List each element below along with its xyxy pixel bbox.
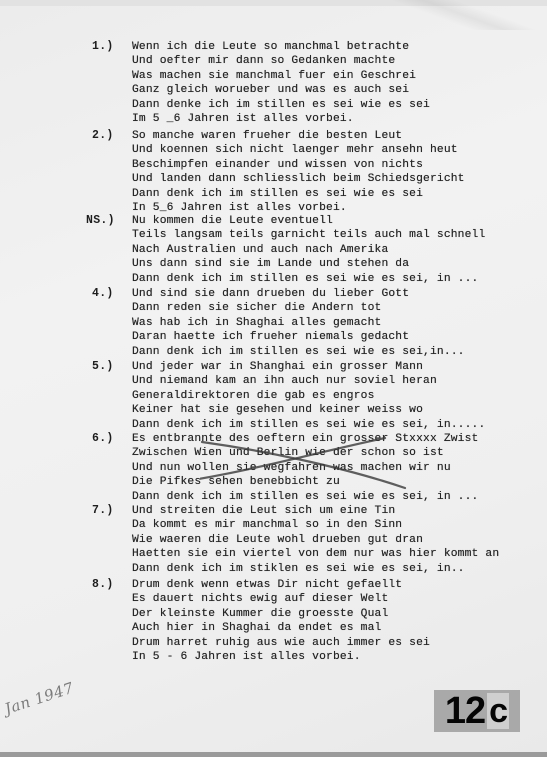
verse-line: Und landen dann schliesslich beim Schied… <box>132 172 465 186</box>
verse-line: Dann denk ich im stillen es sei wie es s… <box>132 272 485 286</box>
verse-line: Daran haette ich frueher niemals gedacht <box>132 330 465 344</box>
verse-line: Dann denk ich im stillen es sei wie es s… <box>132 345 465 359</box>
stanza-6: 6.) Es entbrannte des oeftern ein grosse… <box>92 432 478 504</box>
stanza-lines: Wenn ich die Leute so manchmal betrachte… <box>132 40 430 126</box>
verse-line: Nu kommen die Leute eventuell <box>132 214 485 228</box>
stanza-lines: Und sind sie dann drueben du lieber Gott… <box>132 287 465 359</box>
verse-line: Uns dann sind sie im Lande und stehen da <box>132 257 485 271</box>
verse-line: So manche waren frueher die besten Leut <box>132 129 465 143</box>
stanza-4: 4.) Und sind sie dann drueben du lieber … <box>92 287 465 359</box>
verse-line: Was machen sie manchmal fuer ein Geschre… <box>132 69 430 83</box>
verse-line: Da kommt es mir manchmal so in den Sinn <box>132 518 499 532</box>
verse-line: Generaldirektoren die gab es engros <box>132 389 485 403</box>
verse-line: Beschimpfen einander und wissen von nich… <box>132 158 465 172</box>
verse-line: Und nun wollen sie wegfahren was machen … <box>132 461 478 475</box>
stanza-lines: Und jeder war in Shanghai ein grosser Ma… <box>132 360 485 432</box>
verse-line: Dann reden sie sicher die Andern tot <box>132 301 465 315</box>
archive-label: 12c <box>434 690 520 732</box>
verse-line: Und oefter mir dann so Gedanken machte <box>132 54 430 68</box>
stanza-2: 2.) So manche waren frueher die besten L… <box>92 129 465 215</box>
stanza-number: 5.) <box>92 360 132 432</box>
verse-line: Teils langsam teils garnicht teils auch … <box>132 228 485 242</box>
handwritten-date: Jan 1947 <box>2 679 76 718</box>
verse-line: Auch hier in Shaghai da endet es mal <box>132 621 430 635</box>
stanza-number: 7.) <box>92 504 132 576</box>
verse-line: Was hab ich in Shaghai alles gemacht <box>132 316 465 330</box>
stanza-number: NS.) <box>86 214 132 286</box>
verse-line: Wenn ich die Leute so manchmal betrachte <box>132 40 430 54</box>
verse-line: Dann denk ich im stiklen es sei wie es s… <box>132 562 499 576</box>
stanza-lines: Es entbrannte des oeftern ein grosser St… <box>132 432 478 504</box>
verse-line: Dann denke ich im stillen es sei wie es … <box>132 98 430 112</box>
stanza-5: 5.) Und jeder war in Shanghai ein grosse… <box>92 360 485 432</box>
stanza-7: 7.) Und streiten die Leut sich um eine T… <box>92 504 499 576</box>
stanza-1: 1.) Wenn ich die Leute so manchmal betra… <box>92 40 430 126</box>
stanza-number: 4.) <box>92 287 132 359</box>
verse-line: Dann denk ich im stillen es sei wie es s… <box>132 418 485 432</box>
verse-line: Im 5 _6 Jahren ist alles vorbei. <box>132 112 430 126</box>
stanza-lines: So manche waren frueher die besten Leut … <box>132 129 465 215</box>
verse-line: Und jeder war in Shanghai ein grosser Ma… <box>132 360 485 374</box>
stanza-lines: Nu kommen die Leute eventuell Teils lang… <box>132 214 485 286</box>
verse-line: In 5 - 6 Jahren ist alles vorbei. <box>132 650 430 664</box>
stanza-lines: Und streiten die Leut sich um eine Tin D… <box>132 504 499 576</box>
verse-line: Zwischen Wien und Berlin wie der schon s… <box>132 446 478 460</box>
verse-line: Es entbrannte des oeftern ein grosser St… <box>132 432 478 446</box>
page-bottom-edge <box>0 752 547 757</box>
verse-line: Und niemand kam an ihn auch nur soviel h… <box>132 374 485 388</box>
verse-line: Und koennen sich nicht laenger mehr anse… <box>132 143 465 157</box>
verse-line: Es dauert nichts ewig auf dieser Welt <box>132 592 430 606</box>
typewritten-page: 1.) Wenn ich die Leute so manchmal betra… <box>0 0 547 752</box>
verse-line: Dann denk ich im stillen es sei wie es s… <box>132 490 478 504</box>
stanza-3: NS.) Nu kommen die Leute eventuell Teils… <box>86 214 485 286</box>
stanza-number: 6.) <box>92 432 132 504</box>
archive-label-number: 12 <box>445 690 485 733</box>
verse-line: Ganz gleich worueber und was es auch sei <box>132 83 430 97</box>
stanza-number: 1.) <box>92 40 132 126</box>
verse-line: Drum denk wenn etwas Dir nicht gefaellt <box>132 578 430 592</box>
verse-line: Der kleinste Kummer die groesste Qual <box>132 607 430 621</box>
verse-line: Keiner hat sie gesehen und keiner weiss … <box>132 403 485 417</box>
stanza-number: 8.) <box>92 578 132 664</box>
verse-line: Dann denk ich im stillen es sei wie es s… <box>132 187 465 201</box>
verse-line: Die Pifkes sehen benebbicht zu <box>132 475 478 489</box>
stanza-8: 8.) Drum denk wenn etwas Dir nicht gefae… <box>92 578 430 664</box>
verse-line: Drum harret ruhig aus wie auch immer es … <box>132 636 430 650</box>
stanza-number: 2.) <box>92 129 132 215</box>
archive-label-suffix: c <box>487 693 509 729</box>
verse-line: Wie waeren die Leute wohl drueben gut dr… <box>132 533 499 547</box>
stanza-lines: Drum denk wenn etwas Dir nicht gefaellt … <box>132 578 430 664</box>
verse-line: Und streiten die Leut sich um eine Tin <box>132 504 499 518</box>
verse-line: Haetten sie ein viertel von dem nur was … <box>132 547 499 561</box>
verse-line: Und sind sie dann drueben du lieber Gott <box>132 287 465 301</box>
verse-line: Nach Australien und auch nach Amerika <box>132 243 485 257</box>
